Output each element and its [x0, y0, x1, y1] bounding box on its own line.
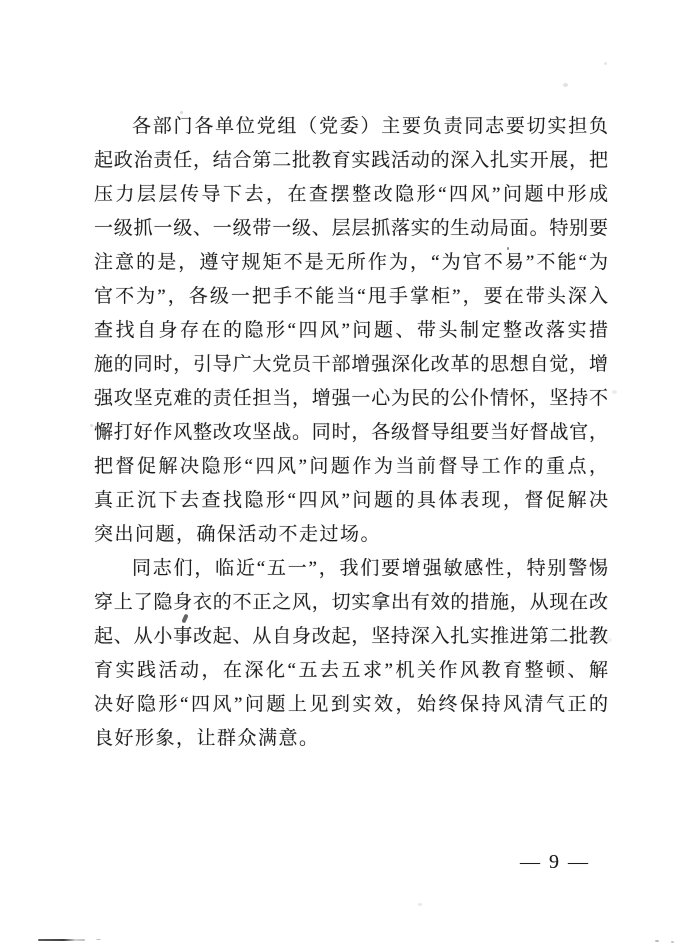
document-body: 各部门各单位党组（党委）主要负责同志要切实担负起政治责任，结合第二批教育实践活动… — [94, 110, 608, 756]
text-line: 起、从小事改起、从自身改起，坚持深入扎实推进第二批教 — [94, 620, 608, 654]
text-line: 把督促解决隐形“四风”问题作为当前督导工作的重点， — [94, 450, 608, 484]
text-line: 压力层层传导下去，在查摆整改隐形“四风”问题中形成 — [94, 178, 608, 212]
text-line: 同志们，临近“五一”，我们要增强敏感性，特别警惕 — [94, 552, 608, 586]
text-line: 真正沉下去查找隐形“四风”问题的具体表现，督促解决 — [94, 484, 608, 518]
text-line: 良好形象，让群众满意。 — [94, 722, 608, 756]
text-line: 懈打好作风整改攻坚战。同时，各级督导组要当好督战官， — [94, 416, 608, 450]
scan-speck-artifact — [90, 424, 93, 427]
text-line: 注意的是，遵守规矩不是无所作为，“为官不易”不能“为 — [94, 246, 608, 280]
text-line: 施的同时，引导广大党员干部增强深化改革的思想自觉，增 — [94, 348, 608, 382]
text-line: 育实践活动，在深化“五去五求”机关作风教育整顿、解 — [94, 654, 608, 688]
text-line: 突出问题，确保活动不走过场。 — [94, 518, 608, 552]
scan-speck-artifact — [563, 83, 568, 87]
text-line: 一级抓一级、一级带一级、层层抓落实的生动局面。特别要 — [94, 212, 608, 246]
text-line: 起政治责任，结合第二批教育实践活动的深入扎实开展，把 — [94, 144, 608, 178]
paragraph: 同志们，临近“五一”，我们要增强敏感性，特别警惕穿上了隐身衣的不正之风，切实拿出… — [94, 552, 608, 756]
scan-scratch-artifact — [38, 939, 85, 941]
page-number: — 9 — — [520, 851, 590, 874]
text-line: 各部门各单位党组（党委）主要负责同志要切实担负 — [94, 110, 608, 144]
text-line: 强攻坚克难的责任担当，增强一心为民的公仆情怀，坚持不 — [94, 382, 608, 416]
text-line: 穿上了隐身衣的不正之风，切实拿出有效的措施，从现在改 — [94, 586, 608, 620]
text-line: 官不为”，各级一把手不能当“甩手掌柜”，要在带头深入 — [94, 280, 608, 314]
document-page: 各部门各单位党组（党委）主要负责同志要切实担负起政治责任，结合第二批教育实践活动… — [0, 0, 693, 952]
text-line: 查找自身存在的隐形“四风”问题、带头制定整改落实措 — [94, 314, 608, 348]
scan-speck-artifact — [418, 903, 422, 906]
scan-speck-artifact — [96, 939, 101, 940]
scan-speck-artifact — [655, 940, 659, 942]
scan-speck-artifact — [604, 62, 607, 65]
text-line: 决好隐形“四风”问题上见到实效，始终保持风清气正的 — [94, 688, 608, 722]
paragraph: 各部门各单位党组（党委）主要负责同志要切实担负起政治责任，结合第二批教育实践活动… — [94, 110, 608, 552]
scan-speck-artifact — [612, 390, 617, 394]
scan-speck-artifact — [671, 941, 674, 943]
